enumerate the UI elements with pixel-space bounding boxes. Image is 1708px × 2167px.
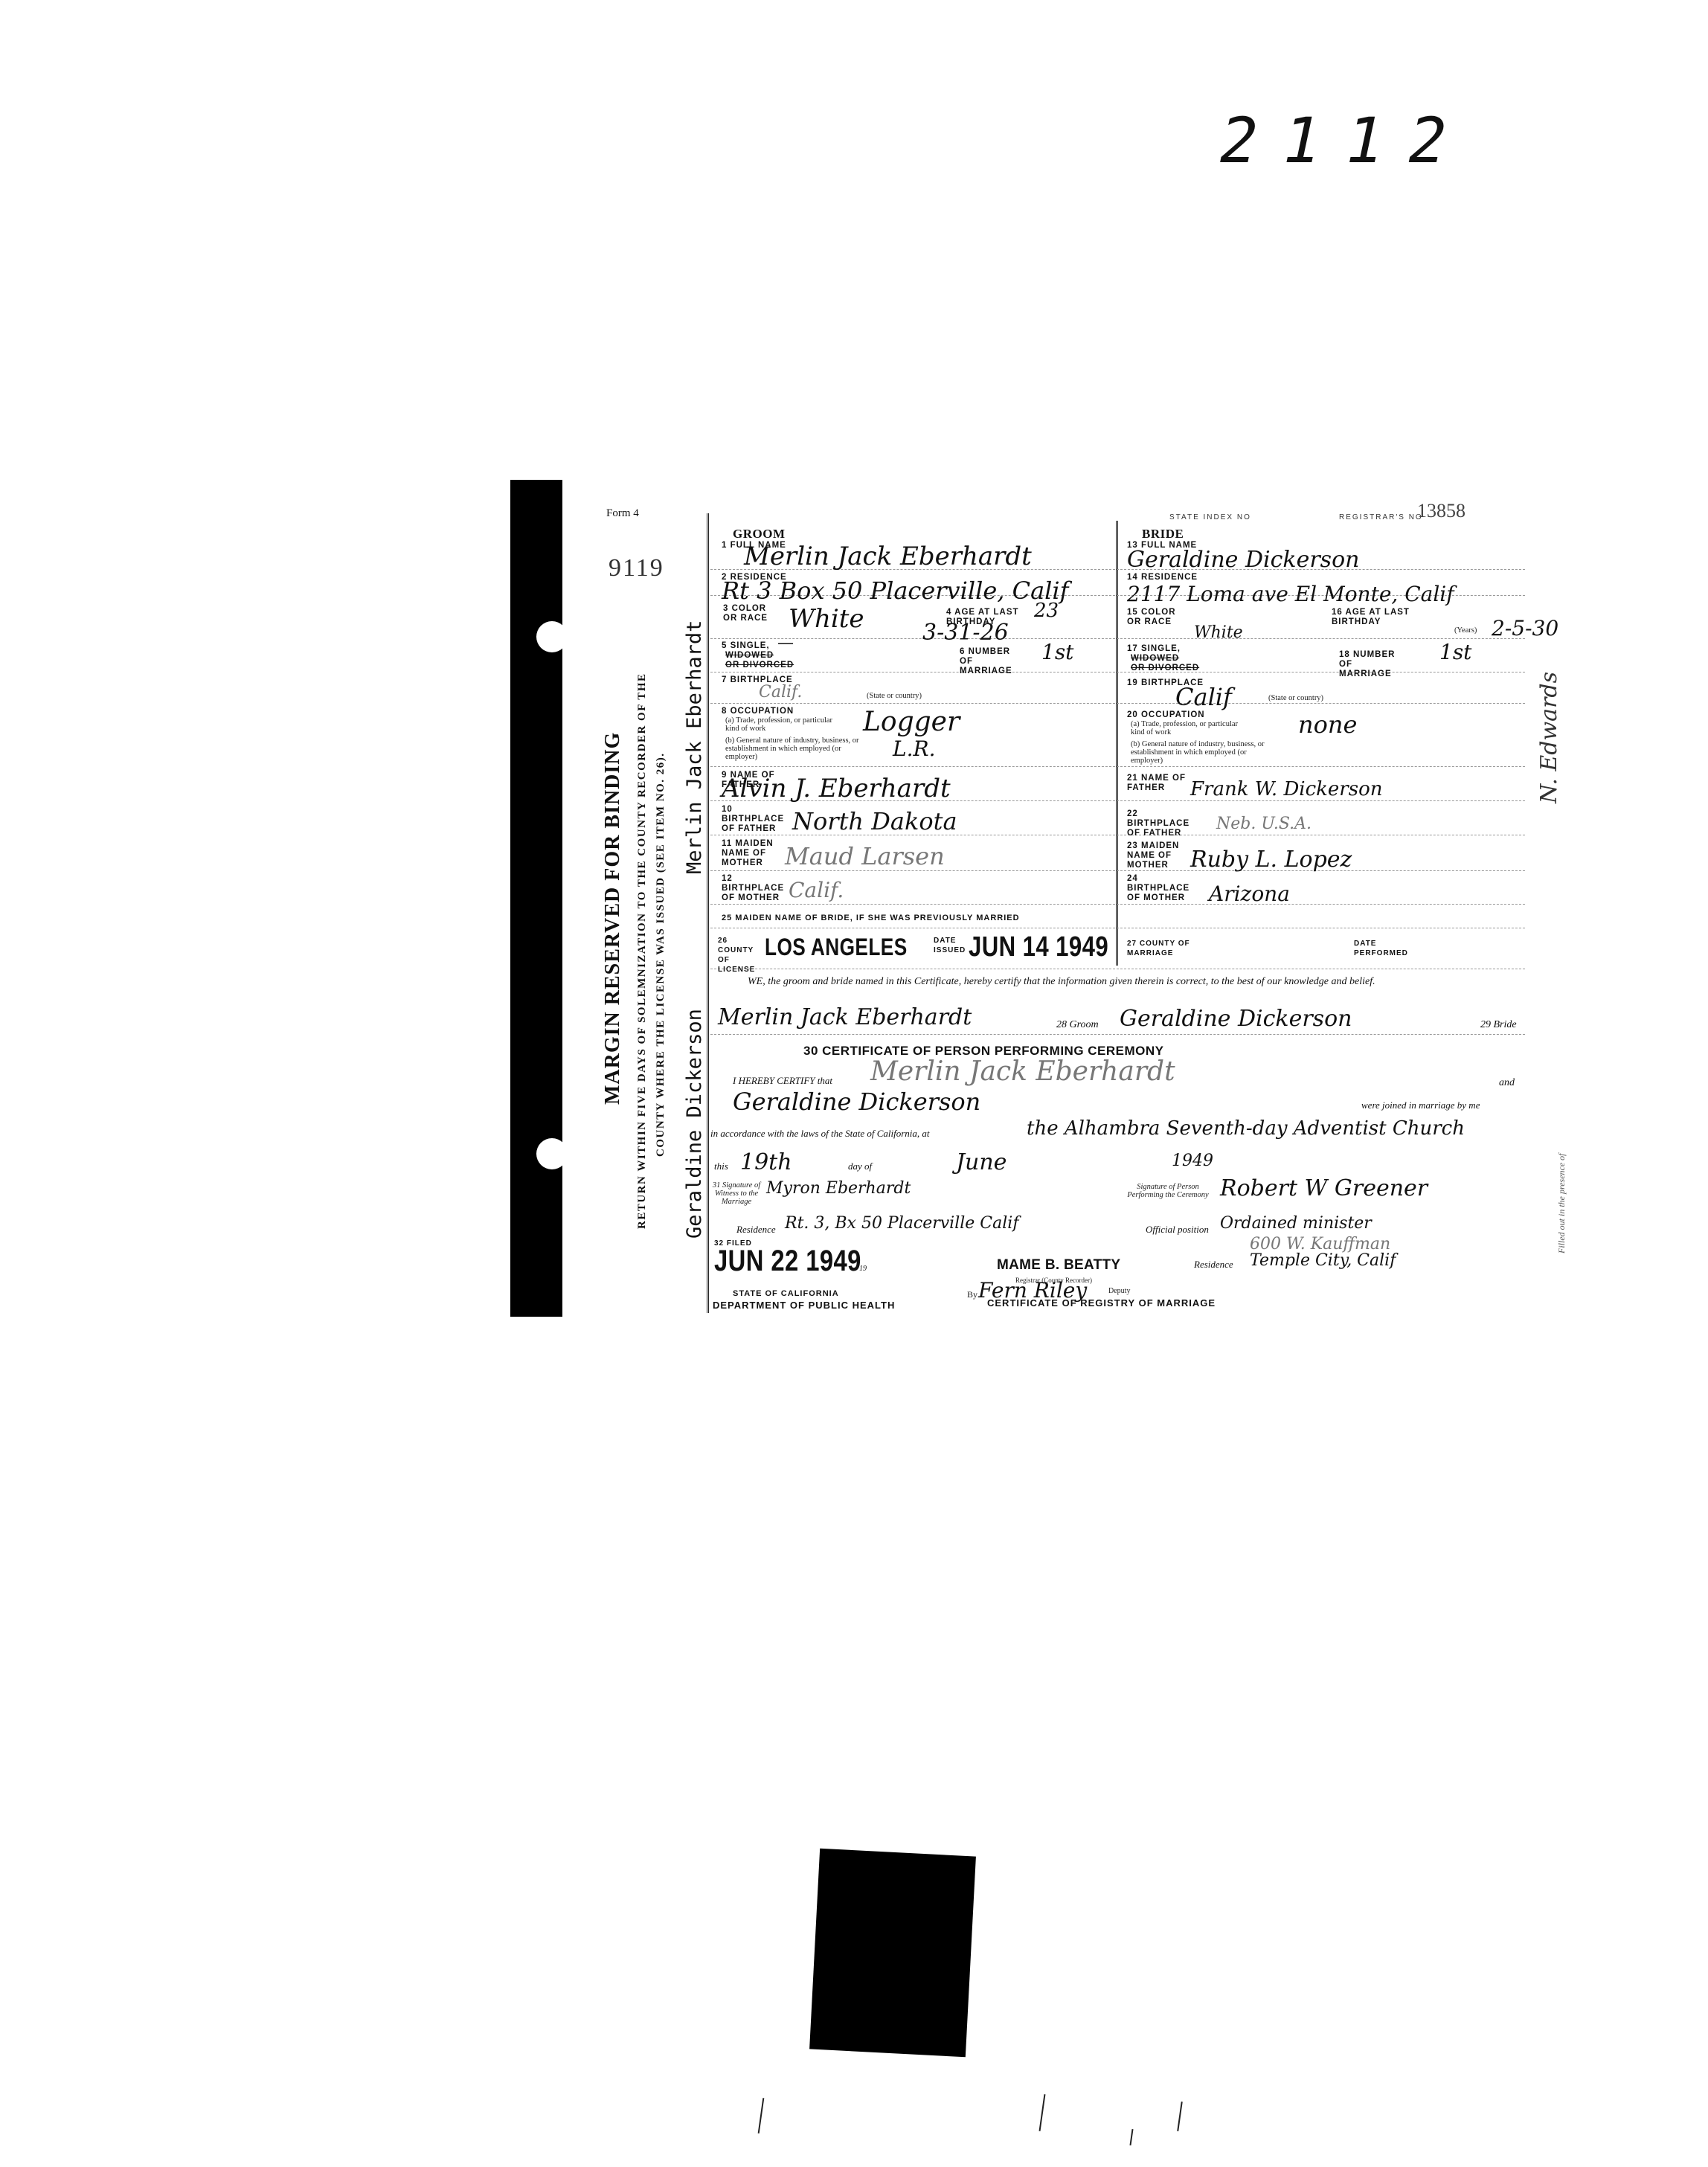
column-divider	[1116, 521, 1118, 941]
bride-years-unit: (Years)	[1454, 626, 1477, 635]
witness-residence: Rt. 3, Bx 50 Placerville Calif	[785, 1214, 1018, 1233]
state-index-label: STATE INDEX NO	[1169, 513, 1251, 521]
groom-signature-label: 28 Groom	[1056, 1019, 1099, 1031]
officiant-signature: Robert W Greener	[1220, 1175, 1428, 1201]
registrar-name: MAME B. BEATTY	[997, 1257, 1120, 1274]
bride-status-divorced: OR DIVORCED	[1131, 664, 1199, 673]
affirmation-text: WE, the groom and bride named in this Ce…	[718, 975, 1521, 989]
bride-signature-label: 29 Bride	[1480, 1019, 1517, 1031]
maiden-prev-label: 25 MAIDEN NAME OF BRIDE, IF SHE WAS PREV…	[722, 914, 1020, 923]
groom-mother-birthplace: Calif.	[789, 878, 844, 902]
scan-mark	[1039, 2094, 1046, 2131]
department-label: DEPARTMENT OF PUBLIC HEALTH	[713, 1300, 895, 1310]
bride-father-birthplace-label: 22 BIRTHPLACE OF FATHER	[1127, 809, 1194, 838]
right-margin-signature: N. Edwards	[1536, 672, 1562, 803]
groom-status-widowed: WIDOWED	[725, 651, 774, 661]
groom-age: 23	[1034, 600, 1059, 622]
state-label: STATE OF CALIFORNIA	[733, 1289, 839, 1299]
bride-mother-birthplace-label: 24 BIRTHPLACE OF MOTHER	[1127, 874, 1194, 903]
officiant-label: Signature of Person Performing the Cerem…	[1127, 1183, 1209, 1199]
groom-status-divorced: OR DIVORCED	[725, 661, 794, 670]
rule	[710, 766, 1525, 767]
bride-birth-date: 2-5-30	[1492, 616, 1558, 641]
bride-marriage-no: 1st	[1439, 640, 1471, 664]
stamp-number: 2112	[1213, 104, 1480, 177]
ceremony-location: the Alhambra Seventh-day Adventist Churc…	[1027, 1117, 1465, 1140]
scan-mark	[758, 2098, 765, 2134]
groom-birthplace: Calif.	[759, 683, 802, 702]
registrar-no-label: REGISTRAR'S NO	[1339, 513, 1423, 521]
witness-label: 31 Signature of Witness to the Marriage	[710, 1181, 762, 1206]
bride-section-title: BRIDE	[1142, 527, 1184, 542]
bride-occupation-hint-b: (b) General nature of industry, business…	[1131, 740, 1268, 765]
bride-marriage-no-label: 18 NUMBER OF MARRIAGE	[1339, 650, 1406, 679]
margin-bride-name: Geraldine Dickerson	[683, 1009, 706, 1239]
redaction-block	[809, 1849, 976, 2058]
filed-date: JUN 22 1949	[714, 1245, 861, 1278]
bride-father-birthplace: Neb. U.S.A.	[1216, 815, 1311, 833]
ceremony-groom-name: Merlin Jack Eberhardt	[870, 1056, 1175, 1087]
groom-status-mark: —	[777, 634, 794, 652]
bride-occupation: none	[1298, 710, 1357, 739]
witness-residence-label: Residence	[736, 1224, 776, 1236]
rule	[710, 928, 1525, 928]
groom-occupation-hint-a: (a) Trade, profession, or particular kin…	[725, 716, 837, 733]
groom-marriage-no-label: 6 NUMBER OF MARRIAGE	[960, 647, 1027, 676]
deputy-label: Deputy	[1108, 1287, 1130, 1295]
bride-signature: Geraldine Dickerson	[1120, 1006, 1352, 1032]
bride-mother: Ruby L. Lopez	[1190, 847, 1352, 873]
day-of-label: day of	[848, 1160, 872, 1172]
groom-occupation-label: 8 OCCUPATION	[722, 707, 794, 716]
groom-mother-birthplace-label: 12 BIRTHPLACE OF MOTHER	[722, 874, 789, 903]
form-number: Form 4	[606, 507, 639, 520]
witness-signature: Myron Eberhardt	[766, 1179, 911, 1198]
bride-status-single: 17 SINGLE,	[1127, 644, 1181, 654]
groom-color-label: 3 COLOR OR RACE	[723, 604, 775, 623]
state-country-hint: (State or country)	[867, 692, 922, 700]
official-position-label: Official position	[1146, 1224, 1209, 1236]
state-country-hint: (State or country)	[1268, 694, 1323, 702]
scan-mark	[1129, 2129, 1133, 2145]
by-label: By	[967, 1291, 977, 1299]
binding-strip	[510, 480, 562, 1317]
groom-mother-label: 11 MAIDEN NAME OF MOTHER	[722, 839, 781, 868]
rule	[710, 1034, 1525, 1035]
officiant-residence-line2: Temple City, Calif	[1250, 1251, 1396, 1270]
date-issued-label: DATE ISSUED	[934, 936, 963, 955]
groom-residence: Rt 3 Box 50 Placerville, Calif	[722, 577, 1068, 605]
rule	[710, 638, 1525, 639]
groom-industry: L.R.	[893, 736, 935, 761]
county-marriage-label: 27 COUNTY OF MARRIAGE	[1127, 939, 1201, 958]
this-label: this	[714, 1160, 728, 1172]
bride-mother-label: 23 MAIDEN NAME OF MOTHER	[1127, 841, 1187, 870]
scan-mark	[1177, 2102, 1183, 2131]
ceremony-year: 1949	[1172, 1152, 1213, 1170]
bride-color-label: 15 COLOR OR RACE	[1127, 608, 1179, 627]
rule	[710, 904, 1525, 905]
groom-status-single: 5 SINGLE,	[722, 641, 770, 651]
rule	[710, 969, 1525, 969]
and-label: and	[1499, 1077, 1515, 1089]
groom-occupation: Logger	[863, 707, 960, 737]
date-performed-label: DATE PERFORMED	[1354, 939, 1421, 958]
registrar-number: 13858	[1417, 500, 1465, 522]
county-license-label: 26 COUNTY OF LICENSE	[718, 936, 759, 975]
local-number: 9119	[609, 554, 664, 582]
punch-hole	[536, 1138, 568, 1169]
punch-hole	[536, 621, 568, 652]
groom-marriage-no: 1st	[1041, 640, 1073, 664]
bride-occupation-label: 20 OCCUPATION	[1127, 710, 1205, 720]
year-suffix: 19	[859, 1265, 867, 1273]
bride-birthplace: Calif	[1175, 683, 1232, 711]
groom-color: White	[789, 604, 864, 634]
official-position: Ordained minister	[1220, 1214, 1372, 1233]
right-margin-note: Filled out in the presence of	[1556, 1153, 1567, 1253]
margin-instruction-1: RETURN WITHIN FIVE DAYS OF SOLEMNIZATION…	[636, 673, 649, 1230]
groom-occupation-hint-b: (b) General nature of industry, business…	[725, 736, 863, 761]
margin-title: MARGIN RESERVED FOR BINDING	[601, 732, 625, 1105]
ceremony-bride-name: Geraldine Dickerson	[733, 1088, 980, 1116]
groom-mother: Maud Larsen	[785, 842, 945, 870]
margin-instruction-2: COUNTY WHERE THE LICENSE WAS ISSUED (SEE…	[655, 753, 667, 1157]
accordance-label: in accordance with the laws of the State…	[710, 1128, 930, 1140]
ceremony-day: 19th	[740, 1149, 792, 1175]
certify-label: I HEREBY CERTIFY that	[733, 1075, 832, 1087]
date-issued: JUN 14 1949	[969, 931, 1108, 963]
groom-father-birthplace: North Dakota	[792, 807, 957, 835]
joined-label: were joined in marriage by me	[1361, 1099, 1480, 1111]
officiant-residence-label: Residence	[1194, 1259, 1233, 1271]
county-license: LOS ANGELES	[765, 934, 908, 961]
margin-groom-name: Merlin Jack Eberhardt	[683, 620, 706, 874]
bride-status-widowed: WIDOWED	[1131, 654, 1179, 664]
rule	[710, 703, 1525, 704]
bride-full-name: Geraldine Dickerson	[1127, 547, 1359, 573]
rule	[710, 870, 1525, 871]
bride-residence: 2117 Loma ave El Monte, Calif	[1127, 582, 1454, 606]
groom-father-birthplace-label: 10 BIRTHPLACE OF FATHER	[722, 805, 789, 834]
groom-father: Alvin J. Eberhardt	[722, 774, 951, 803]
groom-birth-date: 3-31-26	[922, 620, 1009, 646]
certificate-title: CERTIFICATE OF REGISTRY OF MARRIAGE	[987, 1298, 1216, 1308]
groom-section-title: GROOM	[733, 527, 786, 542]
bride-age-label: 16 AGE AT LAST BIRTHDAY	[1332, 608, 1413, 627]
bride-mother-birthplace: Arizona	[1209, 882, 1290, 906]
column-divider	[1116, 930, 1118, 966]
groom-signature: Merlin Jack Eberhardt	[718, 1004, 972, 1030]
bride-occupation-hint-a: (a) Trade, profession, or particular kin…	[1131, 720, 1242, 736]
bride-father: Frank W. Dickerson	[1190, 778, 1382, 800]
bride-father-label: 21 NAME OF FATHER	[1127, 774, 1187, 793]
bride-color: White	[1194, 623, 1243, 642]
groom-full-name: Merlin Jack Eberhardt	[744, 542, 1032, 571]
ceremony-month: June	[956, 1149, 1006, 1175]
